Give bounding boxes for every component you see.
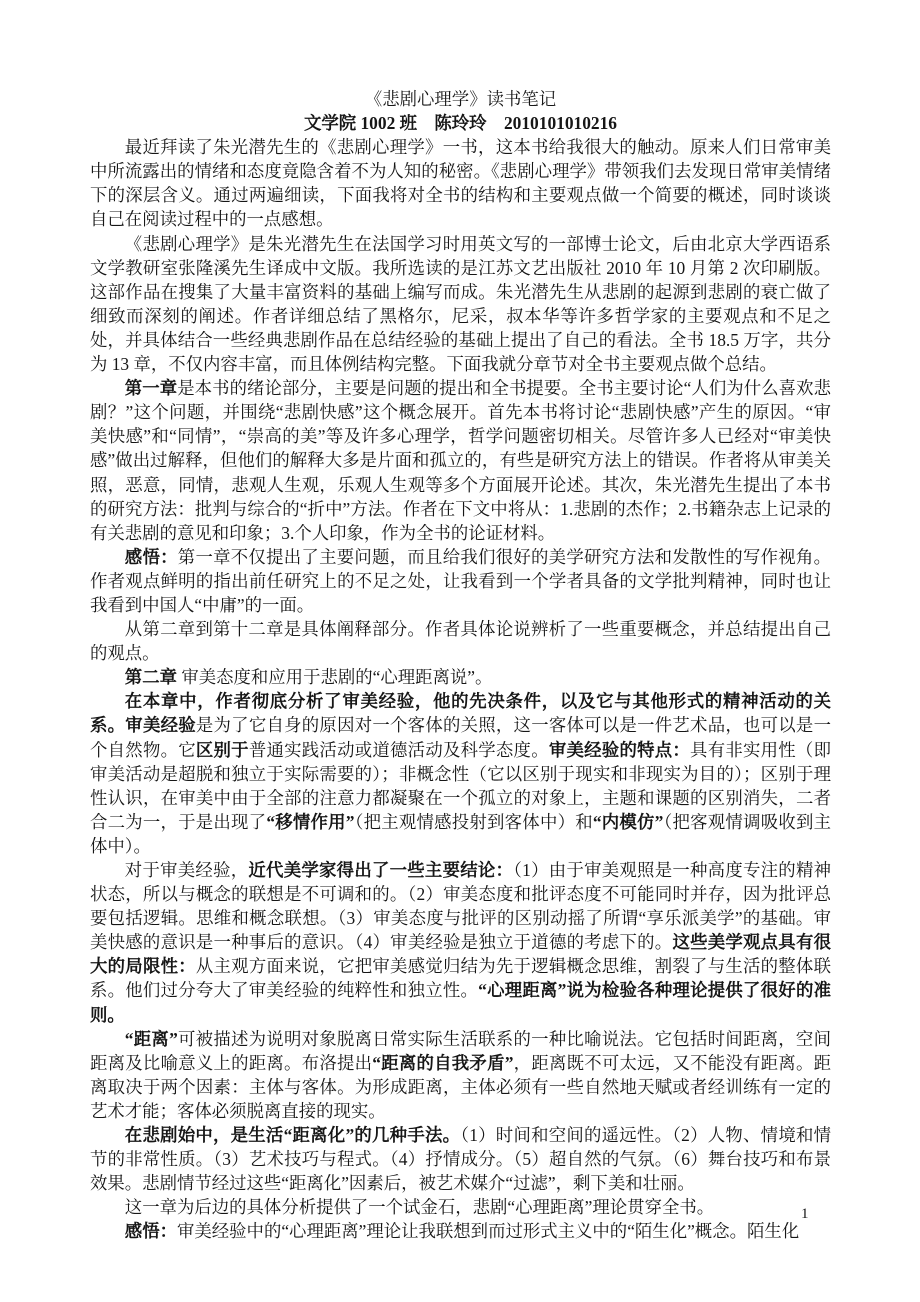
- paragraph: 这一章为后边的具体分析提供了一个试金石，悲剧“心理距离”理论贯穿全书。: [90, 1195, 831, 1219]
- bold-text-run: “移情作用”: [266, 812, 354, 832]
- bold-text-run: 第二章: [125, 667, 177, 687]
- paragraph: 在悲剧始中，是生活“距离化”的几种手法。（1）时间和空间的遥远性。（2）人物、情…: [90, 1123, 831, 1195]
- paragraph: 第一章是本书的绪论部分，主要是问题的提出和全书提要。全书主要讨论“人们为什么喜欢…: [90, 376, 831, 545]
- paragraph: 《悲剧心理学》是朱光潜先生在法国学习时用英文写的一部博士论文，后由北京大学西语系…: [90, 232, 831, 377]
- document-page: 《悲剧心理学》读书笔记 文学院 1002 班 陈玲玲 2010101010216…: [0, 0, 920, 1302]
- text-run: 审美经验中的“心理距离”理论让我联想到而过形式主义中的“陌生化”概念。陌生化: [177, 1221, 799, 1241]
- paragraph: 从第二章到第十二章是具体阐释部分。作者具体论说辨析了一些重要概念，并总结提出自己…: [90, 617, 831, 665]
- document-paragraphs: 最近拜读了朱光潜先生的《悲剧心理学》一书，这本书给我很大的触动。原来人们日常审美…: [90, 135, 831, 1243]
- text-run: 普通实践活动或道德活动及科学态度。: [249, 740, 549, 760]
- bold-text-run: 近代美学家得出了一些主要结论：: [248, 860, 513, 880]
- text-run: 《悲剧心理学》是朱光潜先生在法国学习时用英文写的一部博士论文，后由北京大学西语系…: [90, 234, 831, 374]
- text-run: 审美态度和应用于悲剧的“心理距离说”。: [177, 667, 492, 687]
- text-run: （把主观情感投射到客体中）和: [354, 812, 592, 832]
- paragraph: 最近拜读了朱光潜先生的《悲剧心理学》一书，这本书给我很大的触动。原来人们日常审美…: [90, 135, 831, 231]
- text-run: 对于审美经验，: [125, 860, 249, 880]
- text-run: 第一章不仅提出了主要问题，而且给我们很好的美学研究方法和发散性的写作视角。作者观…: [90, 547, 831, 615]
- bold-text-run: 区别于: [196, 740, 249, 760]
- paragraph: 第二章 审美态度和应用于悲剧的“心理距离说”。: [90, 665, 831, 689]
- document-byline: 文学院 1002 班 陈玲玲 2010101010216: [90, 111, 831, 135]
- document-content: 《悲剧心理学》读书笔记 文学院 1002 班 陈玲玲 2010101010216…: [90, 87, 831, 1244]
- paragraph: 在本章中，作者彻底分析了审美经验，他的先决条件，以及它与其他形式的精神活动的关系…: [90, 689, 831, 858]
- bold-text-run: 第一章: [125, 378, 177, 398]
- paragraph: 感悟：第一章不仅提出了主要问题，而且给我们很好的美学研究方法和发散性的写作视角。…: [90, 545, 831, 617]
- text-run: 是本书的绪论部分，主要是问题的提出和全书提要。全书主要讨论“人们为什么喜欢悲剧？…: [90, 378, 831, 543]
- bold-text-run: 感悟：: [125, 1221, 177, 1241]
- bold-text-run: 在悲剧始中，是生活“距离化”的几种手法。: [125, 1125, 460, 1145]
- bold-text-run: 感悟：: [125, 547, 178, 567]
- bold-text-run: 审美经验的特点：: [549, 740, 690, 760]
- page-number: 1: [801, 1202, 809, 1226]
- document-title: 《悲剧心理学》读书笔记: [90, 87, 831, 111]
- bold-text-run: “距离”: [125, 1029, 178, 1049]
- paragraph: 感悟：审美经验中的“心理距离”理论让我联想到而过形式主义中的“陌生化”概念。陌生…: [90, 1219, 831, 1243]
- text-run: 最近拜读了朱光潜先生的《悲剧心理学》一书，这本书给我很大的触动。原来人们日常审美…: [90, 137, 831, 229]
- paragraph: “距离”可被描述为说明对象脱离日常实际生活联系的一种比喻说法。它包括时间距离，空…: [90, 1027, 831, 1123]
- text-run: 从第二章到第十二章是具体阐释部分。作者具体论说辨析了一些重要概念，并总结提出自己…: [90, 619, 831, 663]
- text-run: 这一章为后边的具体分析提供了一个试金石，悲剧“心理距离”理论贯穿全书。: [125, 1197, 714, 1217]
- paragraph: 对于审美经验，近代美学家得出了一些主要结论：（1）由于审美观照是一种高度专注的精…: [90, 858, 831, 1027]
- bold-text-run: “内模仿”: [593, 812, 664, 832]
- bold-text-run: “距离的自我矛盾”: [372, 1053, 513, 1073]
